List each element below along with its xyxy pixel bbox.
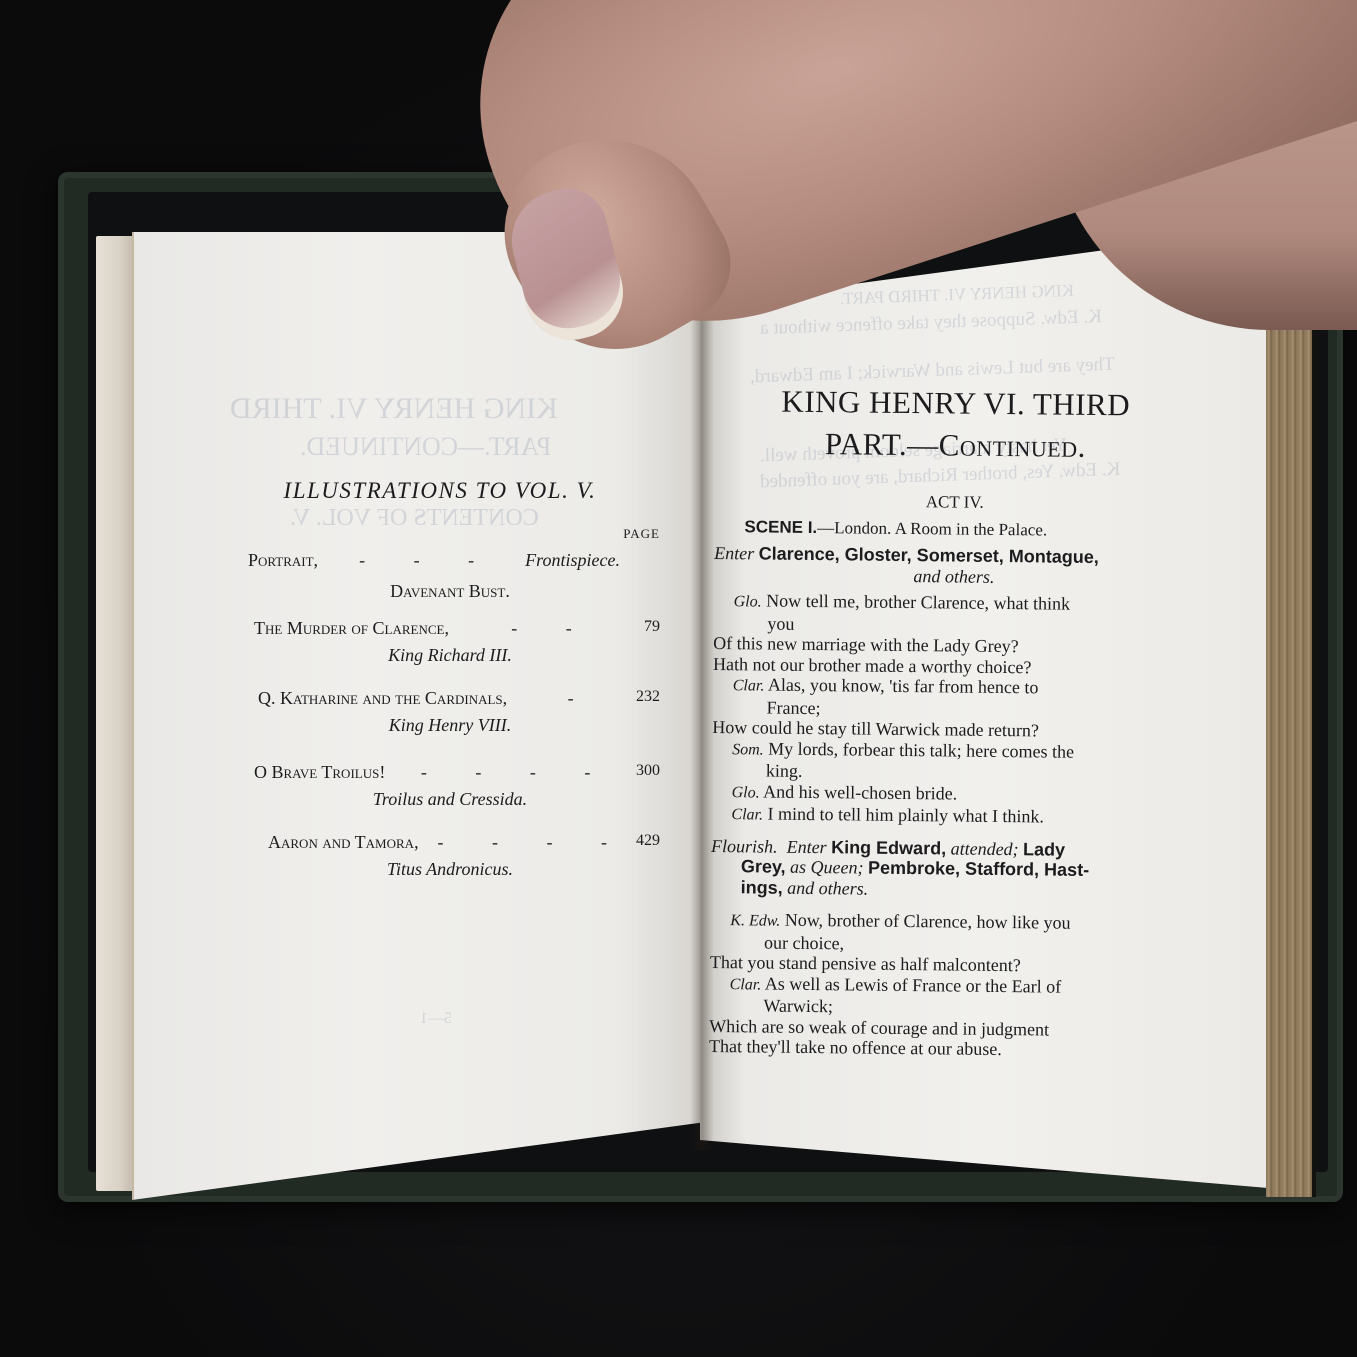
speaker-name: Glo. [734,593,762,610]
entry-leader: - - [499,618,594,639]
line-text: Now tell me, brother Clarence, what thin… [766,591,1070,614]
entry-play: Troilus and Cressida. [240,789,660,810]
dialogue-line: Clar. I mind to tell him plainly what I … [711,803,1191,831]
play-title-part: PART.— [825,426,939,462]
entry-play: King Henry VIII. [240,715,660,736]
sd-characters: Clarence, Gloster, Somerset, Montague, [759,543,1099,567]
entry-title: Portrait, [248,550,318,571]
entry-page: 79 [644,618,660,639]
illustrations-list: ILLUSTRATIONS TO VOL. V. PAGE Portrait, … [240,478,660,880]
scene-setting: —London. A Room in the Palace. [817,518,1047,539]
sd-character: King Edward, [831,837,946,858]
entry-leader: - - - [347,550,496,571]
play-title-continued: Continued. [939,427,1086,464]
stage-direction: Flourish. Enter King Edward, attended; L… [711,835,1192,902]
speaker-name: Clar. [731,806,763,823]
entry-title: Q. Katharine and the Cardinals, [258,688,507,709]
speaker-name: Clar. [730,976,762,993]
show-through-text: KING HENRY VI. THIRD [230,392,558,426]
entry-title: The Murder of Clarence, [254,618,449,639]
entry-play: Titus Andronicus. [240,859,660,880]
entry-subtitle: Davenant Bust. [240,581,660,602]
speaker-name: Som. [732,741,764,758]
show-through-text: PART.—CONTINUED. [300,432,551,462]
illustration-entry: Q. Katharine and the Cardinals, - 232 Ki… [240,688,660,736]
sd-others: and others. [787,877,868,898]
entry-title: O Brave Troilus! [254,762,385,783]
left-page-stack [96,236,136,1191]
illustration-entry: Portrait, - - - Frontispiece. Davenant B… [240,550,660,602]
scene-heading: SCENE I.—London. A Room in the Palace. [744,517,1194,542]
play-title-line1: KING HENRY VI. THIRD [716,380,1196,427]
speaker-name: Clar. [733,677,765,694]
entry-page: Frontispiece. [525,550,660,571]
show-through-text: 5—1 [420,1010,452,1028]
sd-character: ings, [741,877,783,897]
speaker-name: Glo. [732,784,760,801]
illustrations-heading: ILLUSTRATIONS TO VOL. V. [240,478,640,504]
scene-label: SCENE I. [744,517,817,537]
illustration-entry: The Murder of Clarence, - - 79 King Rich… [240,618,660,666]
speaker-name: K. Edw. [730,912,780,930]
gilt-page-edges [1266,222,1316,1197]
page-column-label: PAGE [240,526,660,542]
sd-characters: Pembroke, Stafford, Hast- [868,858,1089,880]
entry-title: Aaron and Tamora, [268,832,419,853]
entry-leader: - - - - [426,832,629,853]
sd-character: Lady [1023,839,1065,859]
entry-leader: - - - - [409,762,612,783]
sd-character: Grey, [741,856,786,876]
entry-play: King Richard III. [240,645,660,666]
stage-direction: Enter Clarence, Gloster, Somerset, Monta… [714,543,1194,589]
illustration-entry: O Brave Troilus! - - - - 300 Troilus and… [240,762,660,810]
dialogue-block: Glo. Now tell me, brother Clarence, what… [711,590,1193,831]
sd-enter: Enter [787,836,827,856]
sd-note: as Queen; [790,857,864,878]
sd-flourish: Flourish. [711,835,778,856]
sd-note: attended; [951,838,1019,859]
line-text: And his well-chosen bride. [763,781,957,803]
sd-enter: Enter [714,543,754,563]
entry-page: 429 [636,832,660,853]
entry-page: 300 [636,762,660,783]
dialogue-block: K. Edw. Now, brother of Clarence, how li… [709,909,1191,1062]
play-title: KING HENRY VI. THIRD PART.—Continued. [715,380,1196,469]
line-text: As well as Lewis of France or the Earl o… [765,973,1062,996]
illustration-entry: Aaron and Tamora, - - - - 429 Titus Andr… [240,832,660,880]
sd-others: and others. [714,563,1194,589]
act-heading: ACT IV. [715,490,1195,516]
play-text: KING HENRY VI. THIRD PART.—Continued. AC… [709,380,1196,1061]
entry-leader: - [566,688,578,709]
entry-page: 232 [636,688,660,709]
line-text: Alas, you know, 'tis far from hence to [768,675,1039,698]
line-text: I mind to tell him plainly what I think. [767,804,1044,827]
line-text: My lords, forbear this talk; here comes … [768,738,1074,761]
line-text: Now, brother of Clarence, how like you [785,910,1071,933]
